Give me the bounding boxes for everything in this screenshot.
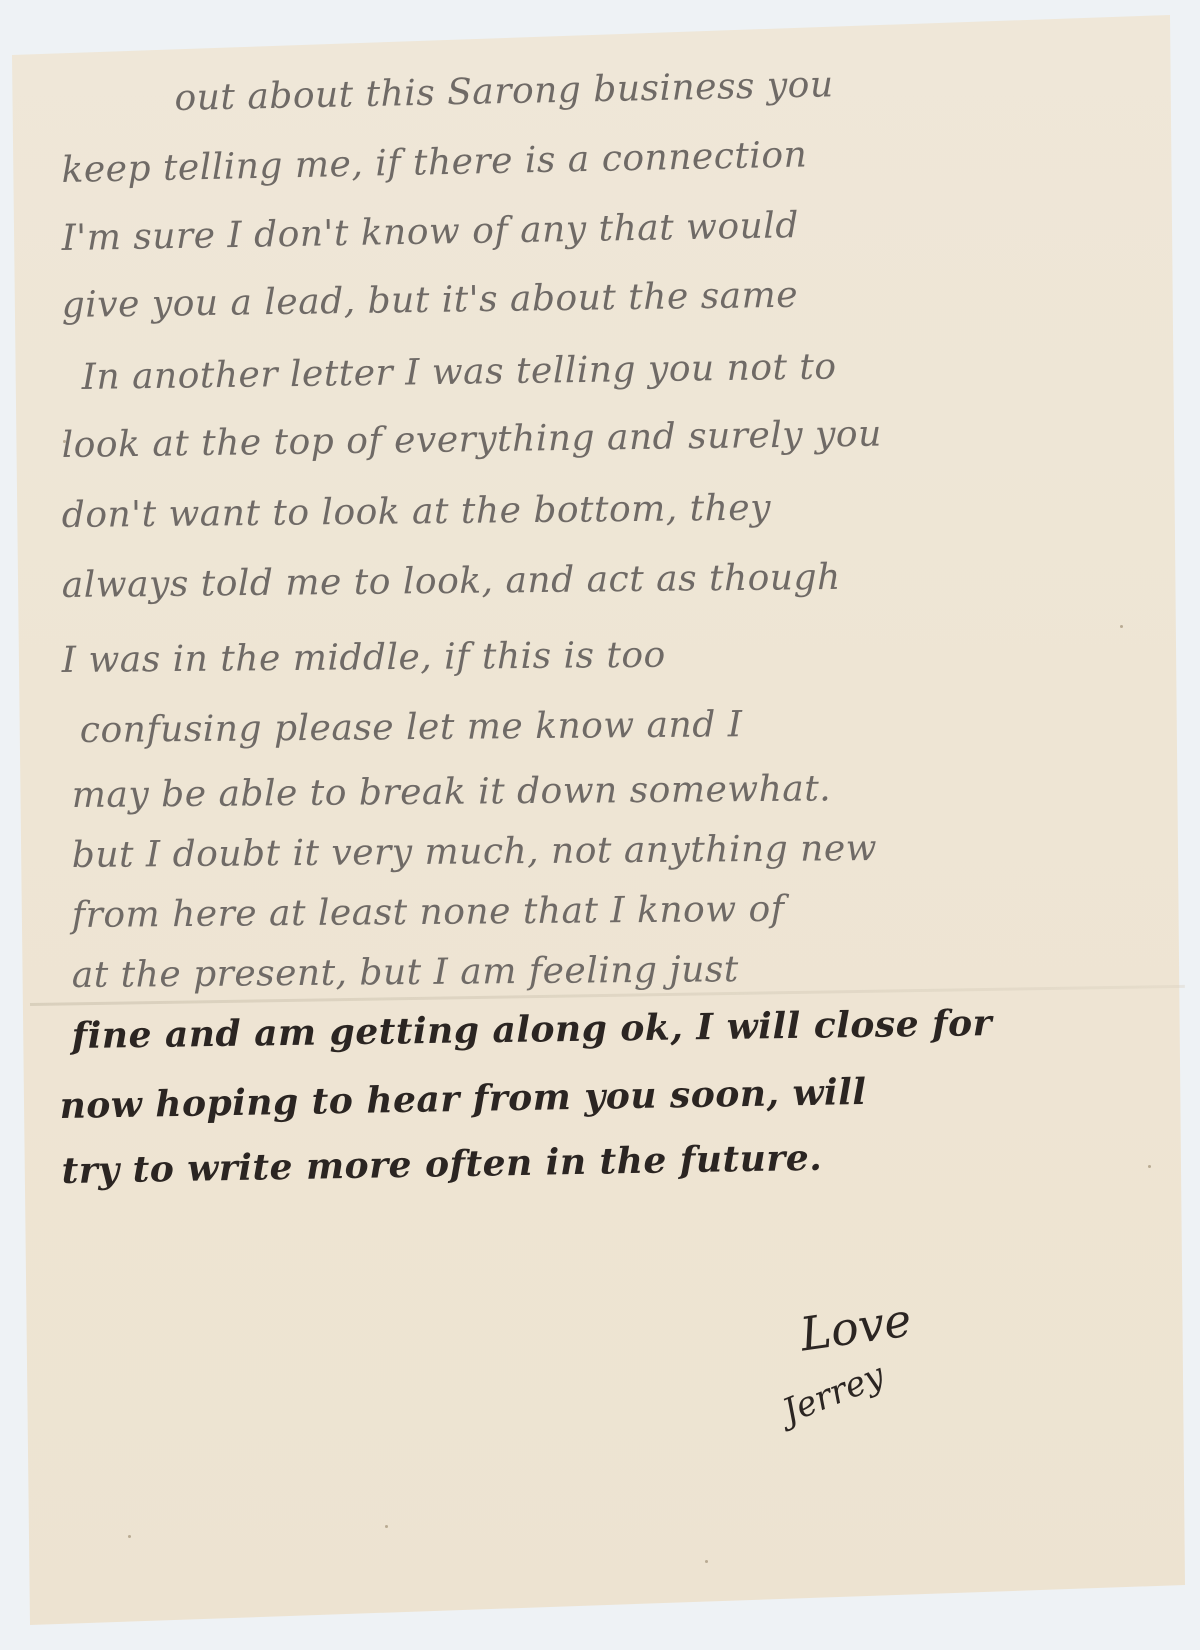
letter-line-14: at the present, but I am feeling just [72,949,739,996]
letter-line-6: look at the top of everything and surely… [61,414,882,466]
letter-line-4: give you a lead, but it's about the same [61,275,798,326]
letter-line-5: In another letter I was telling you not … [81,346,836,398]
letter-line-16: now hoping to hear from you soon, will [59,1071,867,1127]
letter-line-2: keep telling me, if there is a connectio… [61,134,807,191]
letter-line-11: may be able to break it down somewhat. [72,768,832,816]
letter-line-3: I'm sure I don't know of any that would [61,205,799,259]
letter-line-7: don't want to look at the bottom, they [62,488,772,536]
letter-line-10: confusing please let me know and I [80,704,743,751]
signature-name: Jerrey [777,1355,890,1432]
letter-line-9: I was in the middle, if this is too [62,635,666,681]
letter-line-15: fine and am getting along ok, I will clo… [71,1002,992,1057]
letter-line-1: out about this Sarong business you [174,64,834,119]
letter-body: out about this Sarong business you keep … [0,0,1200,1650]
closing-love: Love [797,1293,915,1362]
letter-line-8: always told me to look, and act as thoug… [62,557,841,606]
letter-line-17: try to write more often in the future. [61,1137,822,1192]
letter-line-12: but I doubt it very much, not anything n… [72,828,878,876]
letter-line-13: from here at least none that I know of [72,889,785,936]
